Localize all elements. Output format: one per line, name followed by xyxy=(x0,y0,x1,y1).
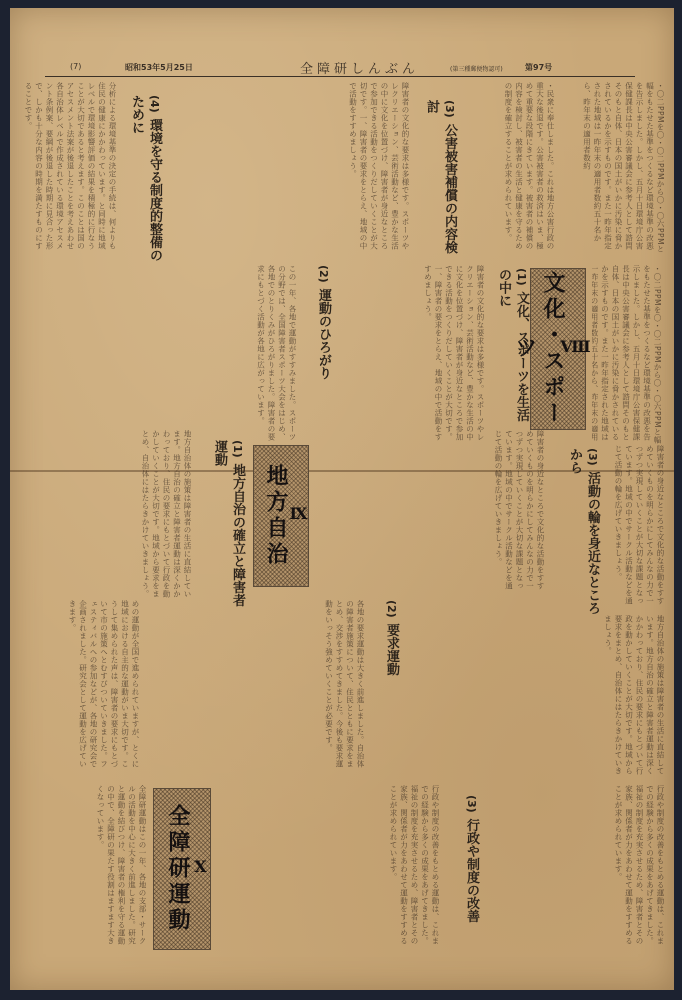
article-text-lower-right: 地方自治体の施策は障害者の生活に直結しています。地方自治の確立と障害者運動は深く… xyxy=(410,615,665,775)
article-text-movement: この一年、各地で運動がすすみました。スポーツの分野では、全国障害者スポーツ大会を… xyxy=(22,265,297,445)
article-text-lower-left: めの運動が全国で進められていますが、とくに地域における自主的な運動がいま大切です… xyxy=(22,600,140,775)
issue-number: 第97号 xyxy=(525,62,552,73)
article-text-top-right: ・〇二PPMを〇・〇二PPMから〇・〇六PPMと幅をもたせた基準をつくるなど環境… xyxy=(560,82,665,257)
article-text-top-center: 障害者の文化的な要求は多様です。スポーツやレクリエーション、芸術活動など、豊かな… xyxy=(180,82,410,257)
section-box-zenshoken-movement: Ⅹ全障研運動 xyxy=(153,788,211,950)
page-number: (7) xyxy=(70,62,81,71)
heading-local-autonomy: (1)地方自治の確立と障害者運動 xyxy=(198,440,246,610)
publication-date: 昭和53年5月25日 xyxy=(125,62,193,73)
heading-movement-spread: (2)運動のひろがり xyxy=(302,265,332,415)
article-text-demand: 各地の要求運動は大きく前進しました。自治体の障害者施策について、住民とともに要求… xyxy=(145,600,365,775)
heading-demand-movement: (2)要求運動 xyxy=(370,600,400,710)
heading-culture-in-life: (1)文化、スポーツを生活の中に xyxy=(490,268,530,428)
postal-permit: (第三種郵便物認可) xyxy=(450,64,503,73)
newspaper-title: 全障研しんぶん xyxy=(300,58,419,77)
heading-environment-system: (4)環境を守る制度的整備のために xyxy=(123,95,163,265)
article-text-local: 地方自治体の施策は障害者の生活に直結しています。地方自治の確立と障害者運動は深く… xyxy=(22,430,192,600)
article-text-zenshoken: 全障研運動はこの一年、各地の支部・サークルの活動を中心に大きく前進しました。研究… xyxy=(22,785,147,945)
section-box-culture-sports: Ⅷ文化・スポーツ xyxy=(530,268,586,430)
article-text-admin: 行政や制度の改善をもとめる運動は、これまでの経験から多くの成果をあげてきました。… xyxy=(225,785,440,945)
article-text-culture: 障害者の文化的な要求は多様です。スポーツやレクリエーション、芸術活動など、豊かな… xyxy=(345,265,485,445)
heading-activity-circle: (3)活動の輪を身近なところから xyxy=(553,448,601,618)
section-box-local-autonomy: Ⅸ地方自治 xyxy=(253,445,309,587)
heading-admin-improvement: (3)行政や制度の改善 xyxy=(450,795,480,945)
heading-pollution-compensation: (3)公害被害補償の内容検討 xyxy=(418,100,458,260)
article-text-mid-right: ・〇二PPMを〇・〇二PPMから〇・〇六PPMと幅をもたせた基準をつくるなど環境… xyxy=(592,265,662,445)
article-text-admin-right: 行政や制度の改善をもとめる運動は、これまでの経験から多くの成果をあげてきました。… xyxy=(500,785,665,945)
masthead: (7) 昭和53年5月25日 全障研しんぶん (第三種郵便物認可) 第97号 xyxy=(45,58,635,77)
article-text-top-left: 分析による環境基準の決定の手続は、何よりも住民の健康にかかわっています。と同時に… xyxy=(22,82,117,257)
article-text-activity: 障害者の身近なところで文化的な活動をすすめていくものを明らかにしてみんなの力で一… xyxy=(320,430,545,590)
article-text-activity-right: 障害者の身近なところで文化的な活動をすすめていくものを明らかにしてみんなの力で一… xyxy=(605,445,665,605)
